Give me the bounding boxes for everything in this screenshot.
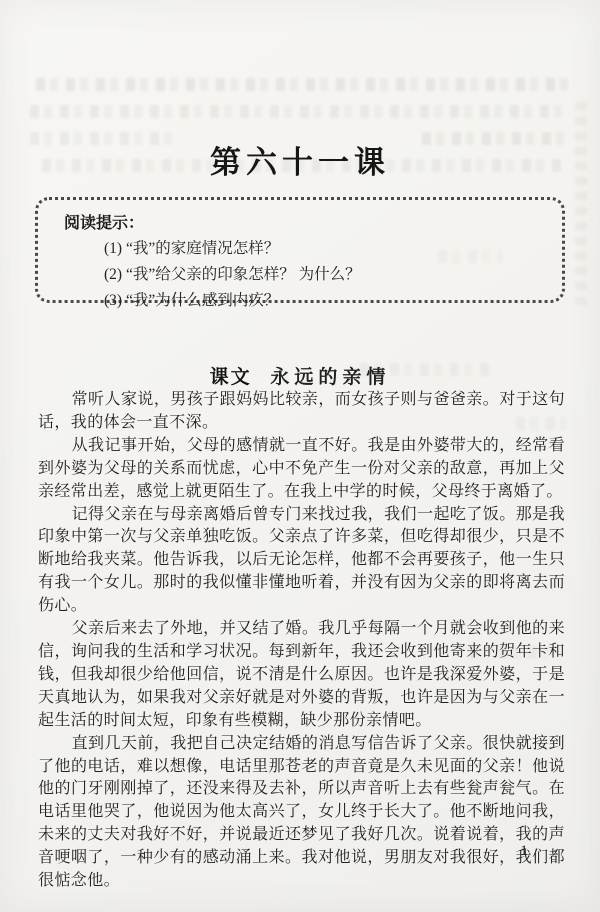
reading-hint-question-2: (2) “我”给父亲的印象怎样？ 为什么？ — [64, 262, 540, 288]
bleedthrough-line — [36, 78, 568, 91]
reading-hint-question-1: (1) “我”的家庭情况怎样？ — [64, 236, 540, 262]
reading-hint-question-3: (3) “我”为什么感到内疚？ — [64, 288, 540, 314]
textbook-page: 第六十一课 阅读提示： (1) “我”的家庭情况怎样？ (2) “我”给父亲的印… — [0, 0, 600, 912]
body-paragraph: 直到几天前，我把自己决定结婚的消息写信告诉了父亲。很快就接到了他的电话，难以想像… — [38, 733, 565, 893]
reading-hints-box: 阅读提示： (1) “我”的家庭情况怎样？ (2) “我”给父亲的印象怎样？ 为… — [35, 197, 565, 303]
reading-hints-label: 阅读提示： — [64, 210, 540, 233]
bleedthrough-line — [30, 105, 570, 118]
section-heading: 课文 永远的亲情 — [0, 362, 600, 389]
page-title: 第六十一课 — [0, 137, 600, 182]
body-paragraph: 常听人家说，男孩子跟妈妈比较亲，而女孩子则与爸爸亲。对于这句话，我的体会一直不深… — [38, 389, 565, 435]
lesson-body: 常听人家说，男孩子跟妈妈比较亲，而女孩子则与爸爸亲。对于这句话，我的体会一直不深… — [38, 389, 565, 893]
page-number: 1 — [512, 843, 536, 860]
body-paragraph: 记得父亲在与母亲离婚后曾专门来找过我，我们一起吃了饭。那是我印象中第一次与父亲单… — [38, 504, 565, 619]
body-paragraph: 从我记事开始，父母的感情就一直不好。我是由外婆带大的，经常看到外婆为父母的关系而… — [38, 435, 565, 504]
section-title: 永远的亲情 — [270, 367, 390, 388]
bleedthrough-line — [575, 95, 587, 305]
section-label: 课文 — [210, 367, 252, 388]
body-paragraph: 父亲后来去了外地，并又结了婚。我几乎每隔一个月就会收到他的来信，询问我的生活和学… — [38, 618, 565, 733]
